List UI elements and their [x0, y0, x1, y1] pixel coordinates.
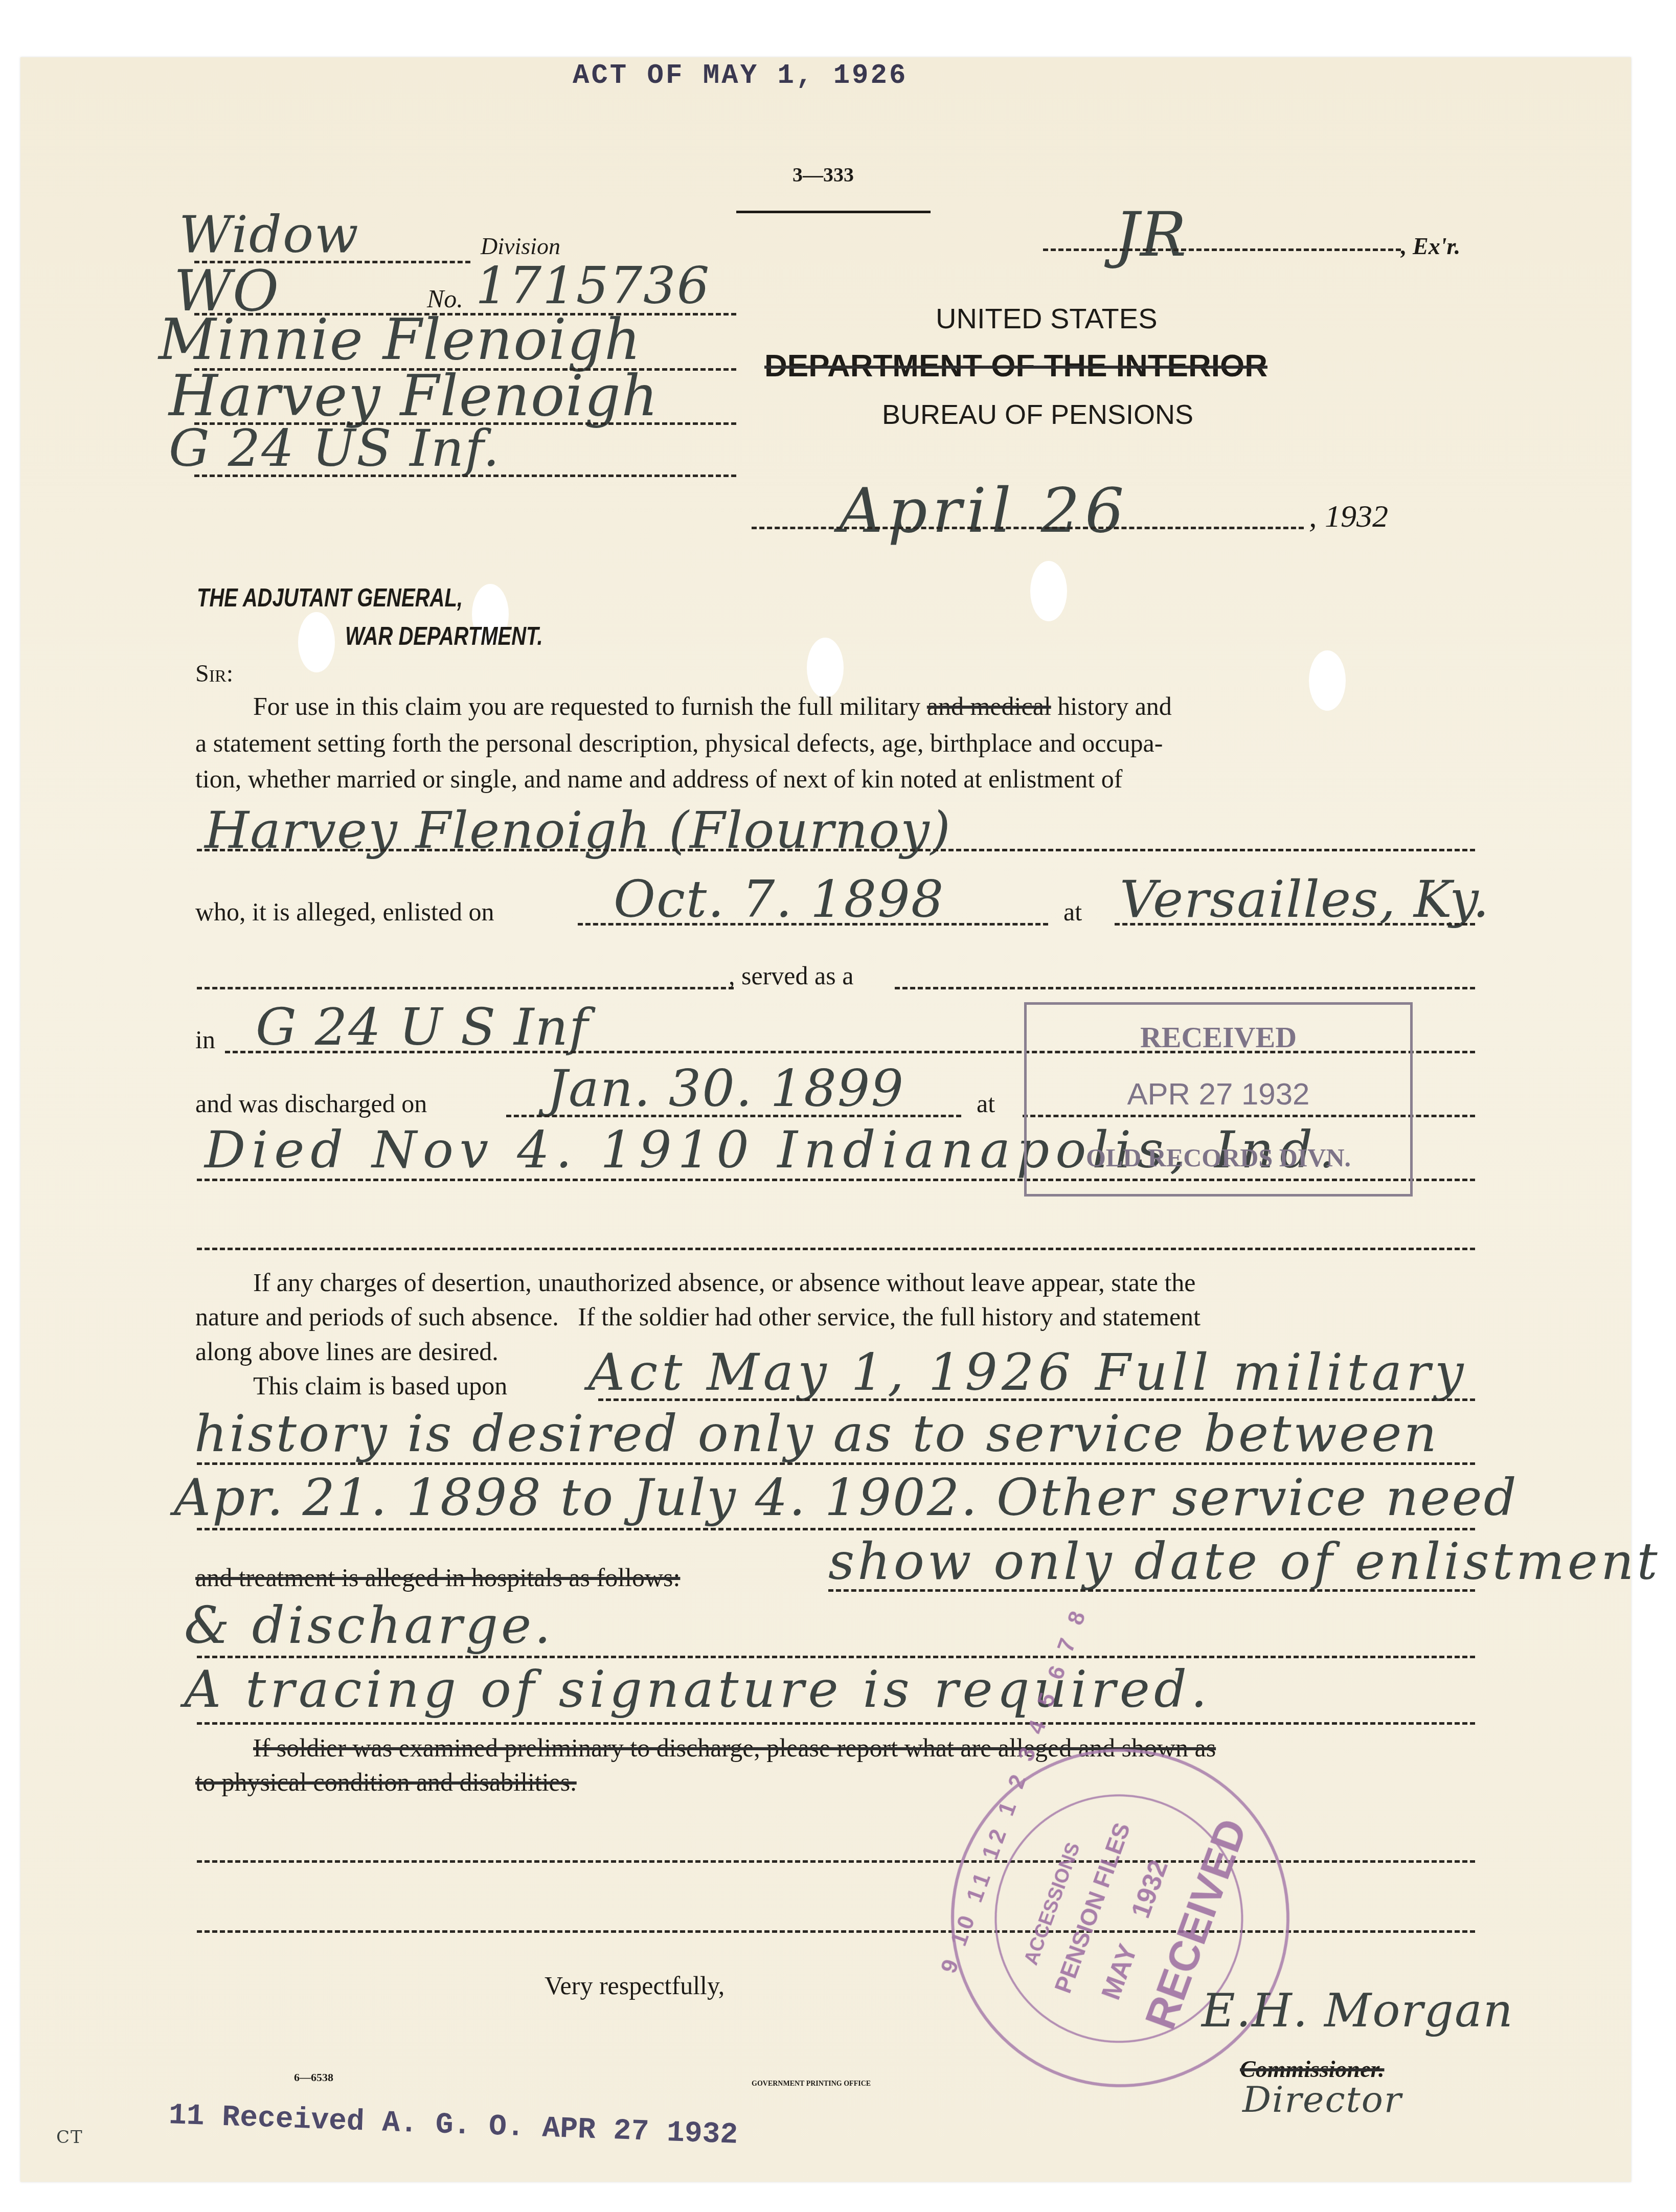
salutation: Sir:	[195, 660, 233, 688]
in-label: in	[195, 1023, 215, 1056]
punch-hole	[1309, 650, 1346, 711]
printer-line: GOVERNMENT PRINTING OFFICE	[752, 2080, 871, 2088]
form-number-rule	[736, 211, 931, 213]
enlisted-place-line	[1115, 923, 1475, 926]
enlisted-place: Versailles, Ky.	[1120, 869, 1490, 929]
enlisted-date: Oct. 7. 1898	[614, 869, 944, 929]
punch-hole	[1030, 561, 1067, 621]
date-handwritten: April 26	[839, 476, 1129, 547]
para1-line2: a statement setting forth the personal d…	[195, 726, 1163, 760]
para1-line3: tion, whether married or single, and nam…	[195, 762, 1122, 796]
unit-line	[194, 475, 736, 477]
served-line-b	[895, 987, 1475, 989]
date-line	[752, 527, 1304, 529]
para2-line3: along above lines are desired.	[195, 1335, 499, 1368]
addressee-line-1: THE ADJUTANT GENERAL,	[197, 583, 463, 613]
claim-line-6	[197, 1722, 1475, 1725]
received-box-stamp: RECEIVED APR 27 1932 OLD RECORDS DIVN.	[1024, 1002, 1413, 1197]
para1-a: For use in this claim you are requested …	[253, 692, 920, 720]
name-line	[197, 849, 1475, 851]
form-code: 6—6538	[294, 2071, 333, 2084]
at-label-2: at	[977, 1087, 995, 1120]
title-handwritten: Director	[1242, 2079, 1402, 2120]
at-label: at	[1063, 895, 1082, 929]
margin-initials: CT	[56, 2127, 83, 2148]
agency-line-2-struck: DEPARTMENT OF THE INTERIOR	[764, 348, 1267, 384]
blank-line	[197, 1248, 1475, 1250]
para3-line2-struck: to physical condition and disabilities.	[195, 1765, 577, 1799]
soldier-unit: G 24 US Inf.	[169, 418, 500, 478]
act-stamp: ACT OF MAY 1, 1926	[573, 60, 908, 92]
examiner-line	[1043, 249, 1401, 251]
claimant-name: Minnie Flenoigh	[158, 307, 642, 372]
para1-line1: For use in this claim you are requested …	[253, 689, 1172, 723]
blank-line-2	[197, 1860, 1475, 1863]
served-line-a	[197, 987, 734, 989]
box-stamp-line-1: RECEIVED	[1027, 1020, 1410, 1054]
claim-line-2	[197, 1462, 1475, 1465]
discharged-date: Jan. 30. 1899	[547, 1058, 904, 1118]
claim-basis-4: show only date of enlistment	[828, 1531, 1661, 1591]
claim-line-5	[197, 1656, 1475, 1658]
para2-line2: nature and periods of such absence. If t…	[195, 1300, 1201, 1334]
enlisted-label: who, it is alleged, enlisted on	[195, 895, 494, 929]
hospital-label-struck: and treatment is alleged in hospitals as…	[195, 1561, 680, 1594]
claim-basis-3: Apr. 21. 1898 to July 4. 1902. Other ser…	[174, 1468, 1518, 1527]
para1-struck: and medical	[927, 692, 1051, 720]
claim-basis-5: & discharge.	[184, 1595, 554, 1655]
claim-label: This claim is based upon	[253, 1369, 507, 1403]
valediction: Very respectfully,	[545, 1969, 724, 2002]
box-stamp-line-2: APR 27 1932	[1027, 1076, 1410, 1112]
examiner-label: , Ex'r.	[1401, 233, 1460, 260]
box-stamp-line-3: OLD RECORDS DIVN.	[1027, 1143, 1410, 1172]
discharged-date-line	[506, 1115, 961, 1117]
discharged-label: and was discharged on	[195, 1087, 427, 1120]
served-label: , served as a	[729, 959, 853, 992]
claim-line-4	[828, 1589, 1475, 1592]
agency-line-3: BUREAU OF PENSIONS	[882, 399, 1193, 431]
division-value: Widow	[179, 205, 359, 264]
signature: E.H. Morgan	[1202, 1984, 1514, 2038]
form-number: 3—333	[792, 163, 854, 187]
para2-line1: If any charges of desertion, unauthorize…	[253, 1266, 1196, 1299]
claim-basis-1: Act May 1, 1926 Full military	[588, 1342, 1467, 1402]
agency-line-1: UNITED STATES	[936, 302, 1158, 335]
addressee-line-2: WAR DEPARTMENT.	[345, 621, 543, 651]
punch-hole	[298, 612, 335, 672]
enlisted-date-line	[578, 923, 1048, 926]
claim-line-1	[598, 1398, 1475, 1401]
date-year: , 1932	[1309, 499, 1388, 535]
claim-basis-2: history is desired only as to service be…	[194, 1404, 1439, 1463]
para1-b: history and	[1057, 692, 1172, 720]
unit-value: G 24 U S Inf	[256, 997, 589, 1057]
examiner-initials: JR	[1115, 199, 1187, 270]
claim-line-3	[197, 1528, 1475, 1530]
